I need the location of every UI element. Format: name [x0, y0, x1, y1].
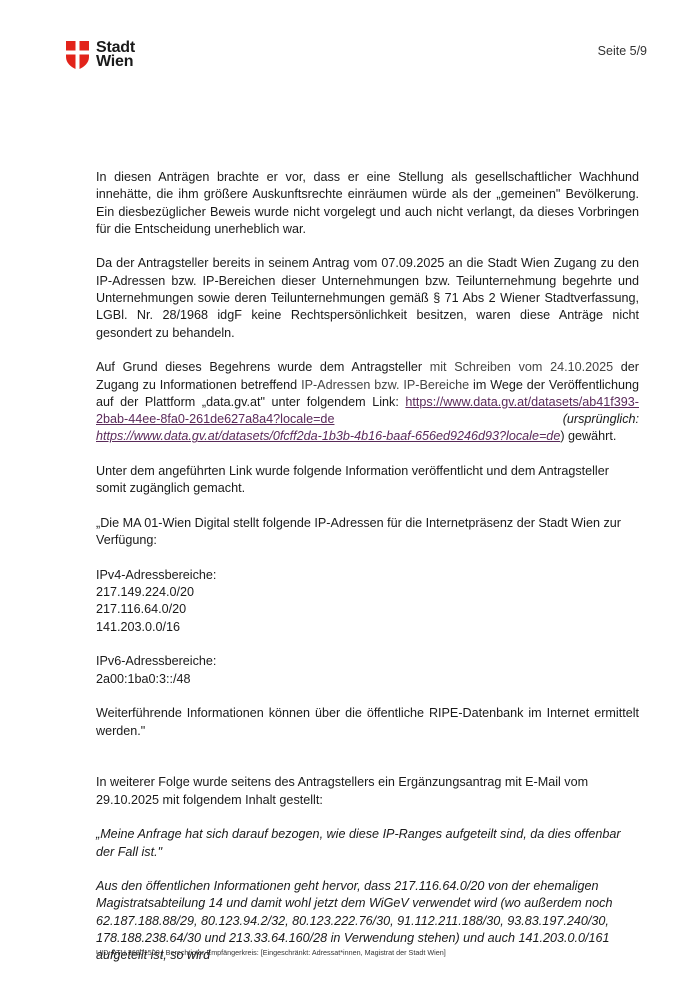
page-number: Seite 5/9: [598, 44, 647, 58]
ipv6-list: IPv6-Adressbereiche: 2a00:1ba0:3::/48: [96, 653, 639, 688]
quote-request: „Meine Anfrage hat sich darauf bezogen, …: [96, 826, 639, 861]
stadt-wien-logo: Stadt Wien: [66, 41, 135, 70]
ipv4-range: 217.149.224.0/20: [96, 584, 639, 601]
ipv4-list: IPv4-Adressbereiche: 217.149.224.0/20 21…: [96, 567, 639, 636]
paragraph-watchdog: In diesen Anträgen brachte er vor, dass …: [96, 169, 639, 238]
paragraph-published-info: Unter dem angeführten Link wurde folgend…: [96, 463, 639, 498]
vienna-shield-icon: [66, 41, 89, 70]
paragraph-legal-basis: Da der Antragsteller bereits in seinem A…: [96, 255, 639, 341]
logo-wordmark: Stadt Wien: [96, 41, 135, 69]
paragraph-ripe: Weiterführende Informationen können über…: [96, 705, 639, 740]
document-body: In diesen Anträgen brachte er vor, dass …: [96, 169, 639, 982]
ipv6-range: 2a00:1ba0:3::/48: [96, 671, 639, 688]
ipv4-range: 217.116.64.0/20: [96, 601, 639, 618]
paragraph-access-granted: Auf Grund dieses Begehrens wurde dem Ant…: [96, 359, 639, 445]
paragraph-supplement: In weiterer Folge wurde seitens des Antr…: [96, 774, 639, 809]
footer-uid: UID: ATU 36801500 | Berechtigter Empfäng…: [96, 948, 446, 957]
paragraph-quote-intro: „Die MA 01-Wien Digital stellt folgende …: [96, 515, 639, 550]
ipv4-range: 141.203.0.0/16: [96, 619, 639, 636]
original-dataset-link[interactable]: https://www.data.gv.at/datasets/0fcff2da…: [96, 429, 560, 443]
ipv6-heading: IPv6-Adressbereiche:: [96, 653, 639, 670]
ipv4-heading: IPv4-Adressbereiche:: [96, 567, 639, 584]
logo-line-wien: Wien: [96, 55, 135, 69]
